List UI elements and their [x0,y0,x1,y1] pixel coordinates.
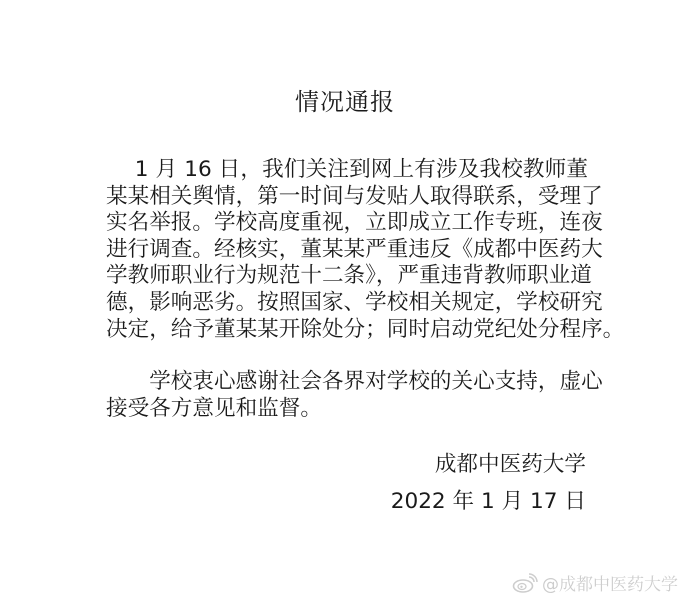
signature-date: 2022 年 1 月 17 日 [391,488,586,516]
paragraph-line: 决定，给予董某某开除处分；同时启动党纪处分程序。 [106,317,588,344]
paragraph-line: 学教师职业行为规范十二条》，严重违背教师职业道 [106,263,588,290]
paragraph-line: 1 月 16 日，我们关注到网上有涉及我校教师董 [106,157,588,184]
signature-organization: 成都中医药大学 [435,451,586,479]
paragraph-line: 实名举报。学校高度重视，立即成立工作专班，连夜 [106,210,588,237]
paragraph-line: 德，影响恶劣。按照国家、学校相关规定，学校研究 [106,290,588,317]
paragraph-line: 接受各方意见和监督。 [106,396,588,423]
document-title: 情况通报 [0,86,690,118]
paragraph-1: 1 月 16 日，我们关注到网上有涉及我校教师董 某某相关舆情，第一时间与发贴人… [106,157,588,343]
paragraph-line: 学校衷心感谢社会各界对学校的关心支持，虚心 [106,369,588,396]
paragraph-2: 学校衷心感谢社会各界对学校的关心支持，虚心 接受各方意见和监督。 [106,369,588,422]
weibo-icon [512,573,538,593]
weibo-watermark: @成都中医药大学 [512,570,678,595]
paragraph-line: 进行调查。经核实，董某某严重违反《成都中医药大 [106,237,588,264]
watermark-text: @成都中医药大学 [542,570,678,595]
paragraph-line: 某某相关舆情，第一时间与发贴人取得联系，受理了 [106,184,588,211]
